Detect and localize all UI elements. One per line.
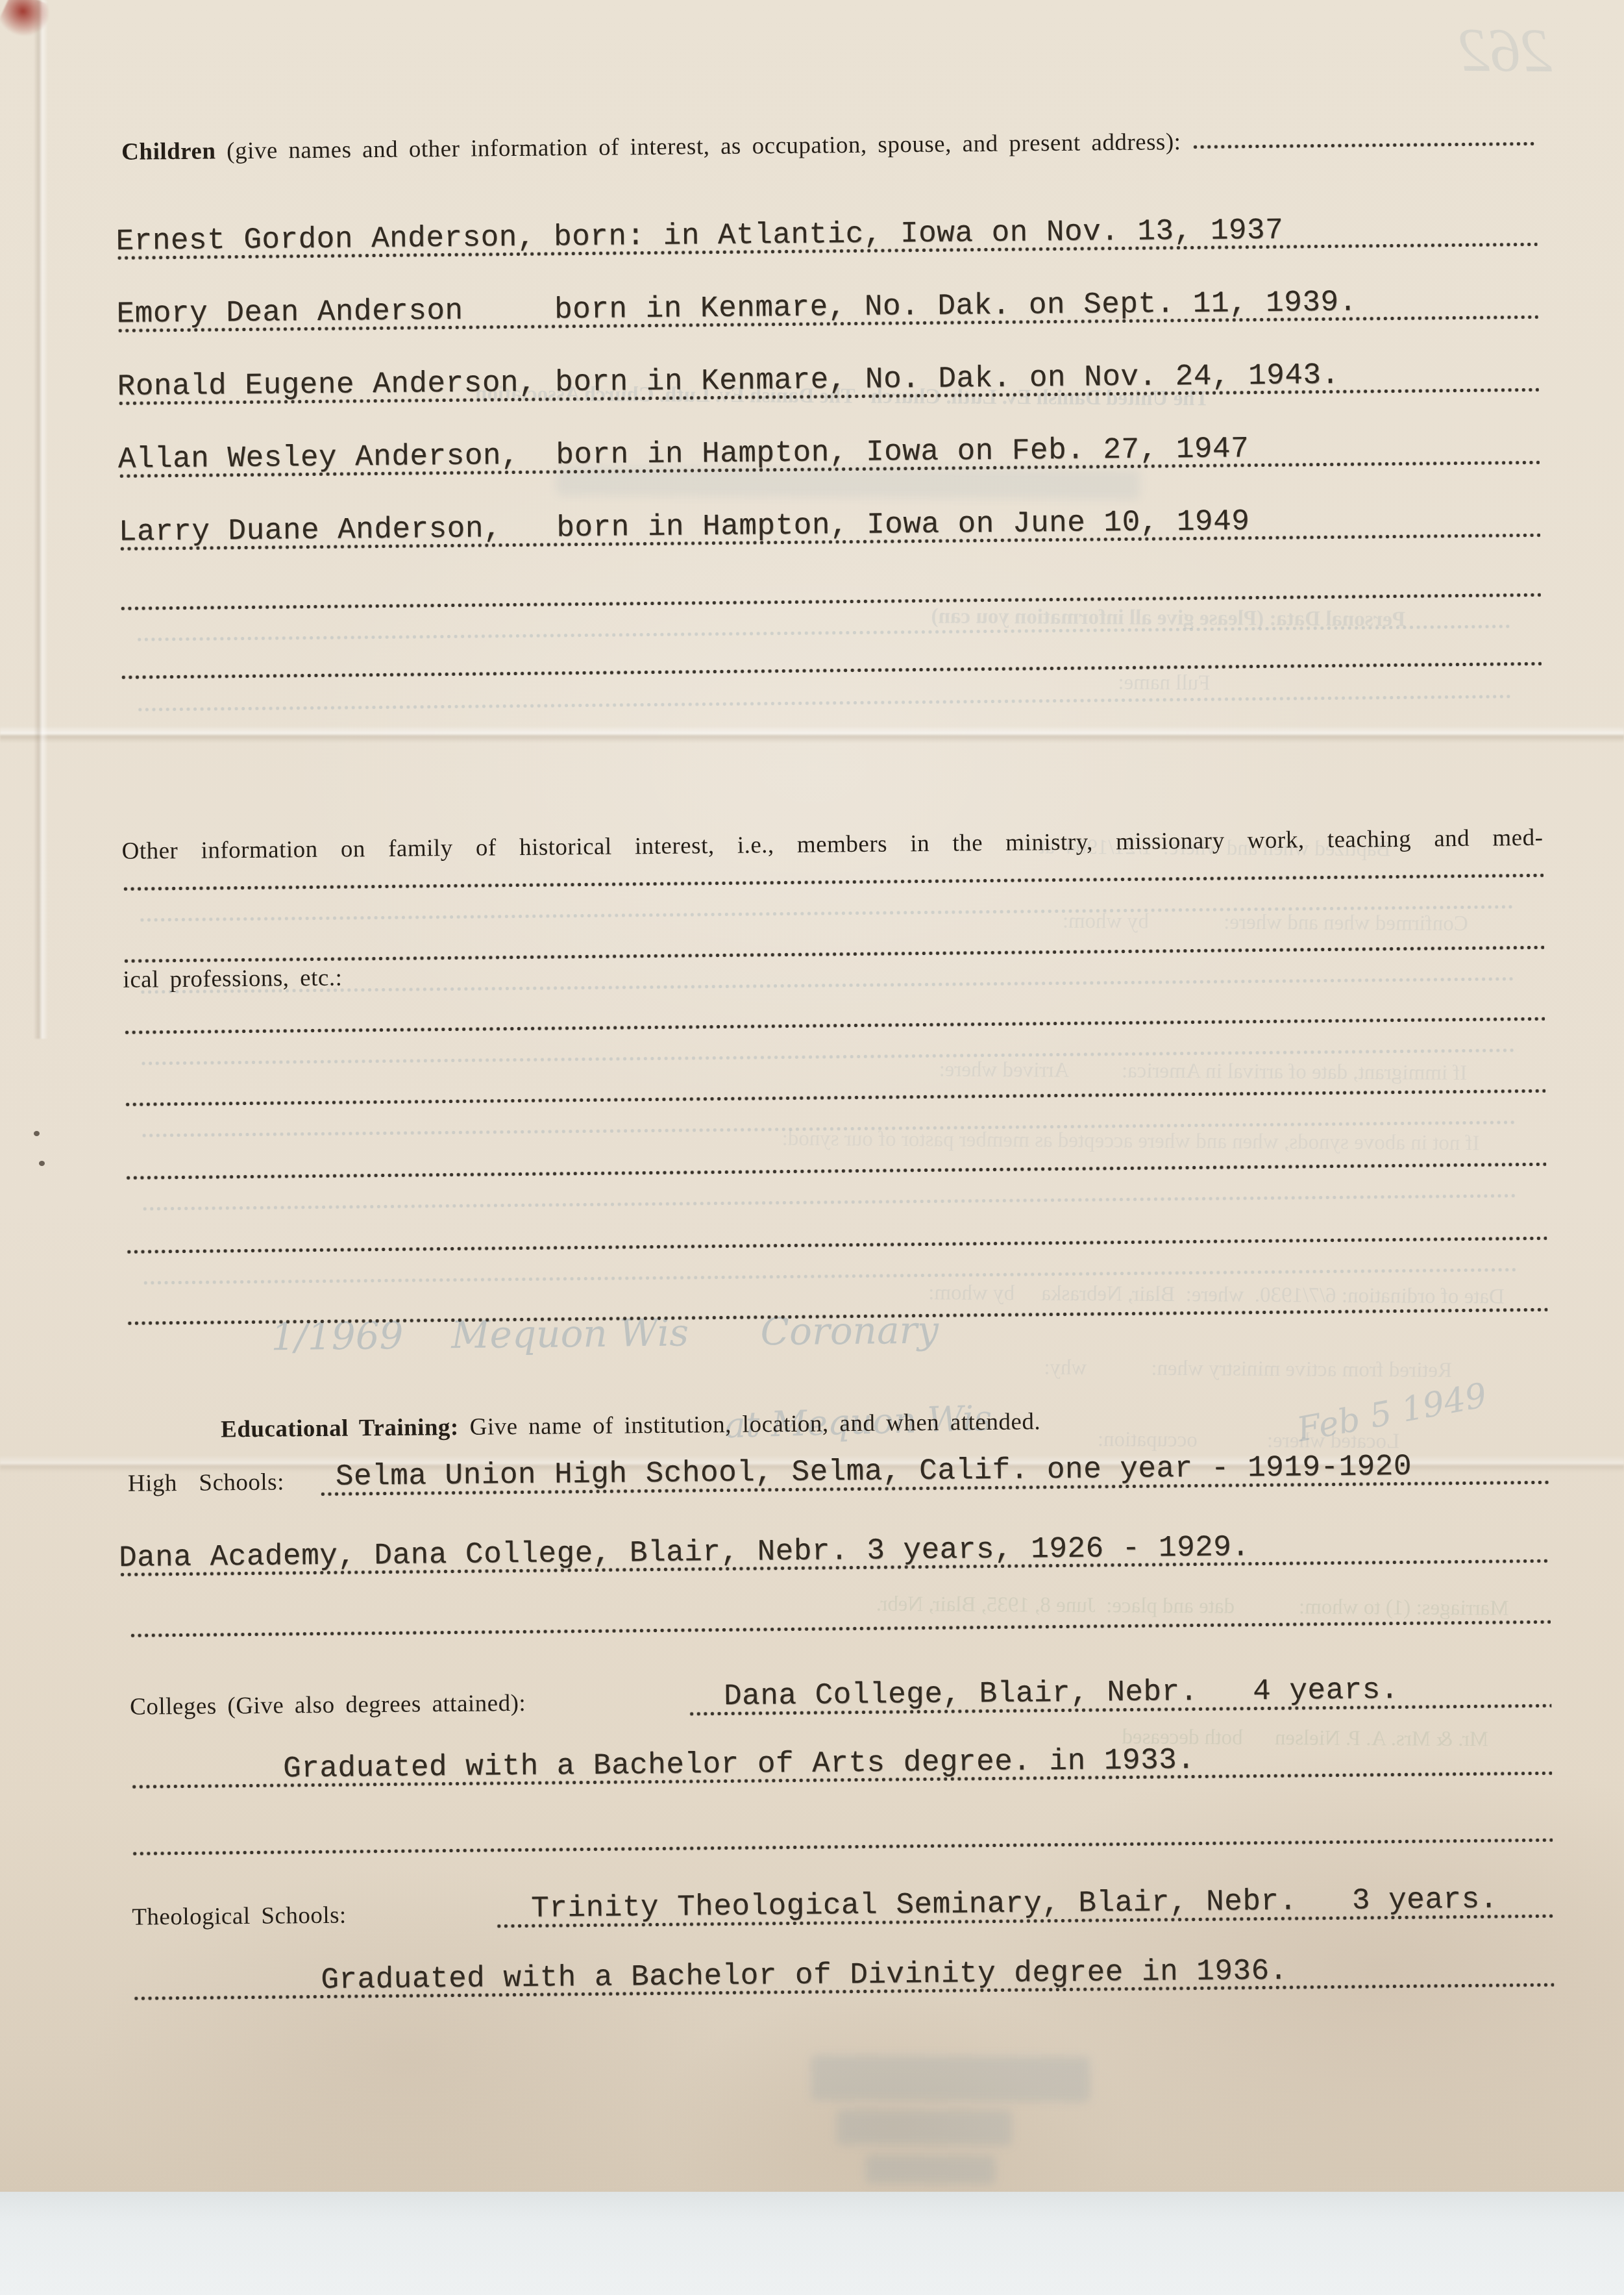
children-section-label: Children (give names and other informati…: [121, 128, 1192, 166]
children-section-header: Children (give names and other informati…: [121, 125, 1536, 166]
ghost-dotted-line: [142, 1267, 1518, 1285]
theological-schools-label: Theological Schools:: [132, 1902, 347, 1931]
child-entry-text: Ronald Eugene Anderson, born in Kenmare,…: [117, 358, 1339, 404]
child-entry-text: Ernest Gordon Anderson, born: in Atlanti…: [116, 214, 1283, 258]
scanner-background: [0, 2192, 1624, 2295]
high-schools-entry2-row: Dana Academy, Dana College, Blair, Nebr.…: [129, 1521, 1551, 1578]
other-info-line1: Other information on family of historica…: [121, 817, 1544, 873]
dotted-line: [124, 1088, 1545, 1108]
ghost-dotted-line: [136, 693, 1512, 712]
ghost-dotted-line: [141, 1119, 1517, 1138]
dotted-line: [129, 1619, 1551, 1639]
dotted-line: [125, 1235, 1547, 1255]
colleges-entry: Dana College, Blair, Nebr. 4 years.: [724, 1673, 1399, 1713]
child-entry: Allan Wesley Anderson, born in Hampton, …: [118, 428, 1540, 479]
child-entry: Emory Dean Anderson born in Kenmare, No.…: [116, 282, 1538, 334]
child-entry: Ronald Eugene Anderson, born in Kenmare,…: [117, 355, 1538, 406]
child-entry-text: Emory Dean Anderson born in Kenmare, No.…: [116, 286, 1357, 331]
bd-degree-row: Graduated with a Bachelor of Divinity de…: [132, 1948, 1554, 2002]
dotted-line: [127, 1307, 1548, 1326]
colleges-label: Colleges (Give also degrees attained):: [130, 1689, 526, 1721]
ghost-dotted-line: [141, 1193, 1518, 1211]
scanned-document: 262 The United Danish Ev. Luth. Church T…: [0, 0, 1624, 2295]
dotted-line: [119, 592, 1541, 612]
paper: 262 The United Danish Ev. Luth. Church T…: [0, 0, 1624, 2192]
dotted-line: [120, 661, 1542, 680]
dotted-line: [125, 1161, 1546, 1181]
colleges-row: Colleges (Give also degrees attained): D…: [130, 1665, 1552, 1722]
theological-schools-row: Theological Schools: Trinity Theological…: [132, 1876, 1554, 1933]
high-schools-label: High Schools:: [128, 1468, 284, 1497]
dotted-leader: [1192, 141, 1536, 150]
ba-degree-row: Graduated with a Bachelor of Arts degree…: [130, 1733, 1553, 1790]
child-entry: Ernest Gordon Anderson, born: in Atlanti…: [116, 210, 1537, 261]
dotted-line: [131, 1837, 1553, 1857]
ghost-dotted-line: [136, 623, 1512, 642]
form-content: Children (give names and other informati…: [0, 0, 1624, 2192]
child-entry: Larry Duane Anderson, born in Hampton, I…: [119, 501, 1540, 552]
